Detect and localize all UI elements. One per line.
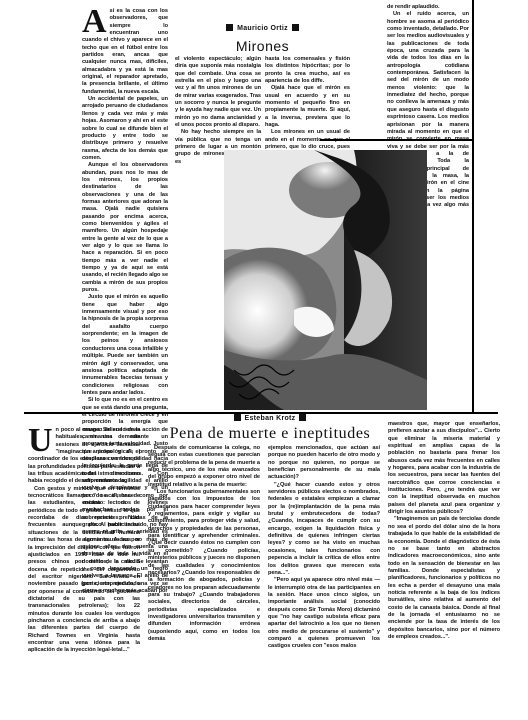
byline-square-icon bbox=[292, 24, 299, 31]
article2-column-4: maestros que, mayor que enseñarlos, pref… bbox=[388, 421, 500, 641]
article2-paragraph: "Pero aquí ya aparece otro nivel más —le… bbox=[268, 577, 380, 650]
article2-paragraph: Con gestos y mímica que en términos tecn… bbox=[28, 486, 140, 655]
article2-author: Esteban Krotz bbox=[245, 415, 296, 422]
article1-paragraph: Ojalá hace que el mirón es usual en acue… bbox=[265, 85, 350, 129]
article1-paragraph: Justo que el mirón es aquello tiene que … bbox=[82, 294, 168, 397]
couple-photo-image bbox=[224, 150, 427, 410]
article2-column-3: ejemplos mencionados, que actúan así por… bbox=[268, 445, 380, 651]
article2-paragraph: "¿Qué hacer cuando estos y otros servido… bbox=[268, 482, 380, 577]
article2-paragraph: Después de comunicarse la colega, no seg… bbox=[148, 445, 260, 489]
article1-paragraph: Aunque el los observadores abundan, pues… bbox=[82, 162, 168, 294]
article2-paragraph: ejemplos mencionados, que actúan así por… bbox=[268, 445, 380, 482]
byline-square-icon bbox=[234, 414, 241, 421]
article2-column-2: Después de comunicarse la colega, no seg… bbox=[148, 445, 260, 643]
article2-dropcap: U bbox=[28, 428, 53, 454]
article1-rule-under-col4 bbox=[320, 139, 473, 141]
article1-paragraph: Así es la cosa con los observadores, que… bbox=[82, 8, 168, 96]
article2-title: Pena de muerte e ineptitudes bbox=[150, 425, 390, 443]
article1-paragraph: el violento espectáculo; algún diría que… bbox=[175, 56, 261, 129]
article1-byline: Mauricio Ortiz bbox=[175, 24, 350, 32]
byline-square-icon bbox=[299, 414, 306, 421]
article2-column-1: Un poco al margen de sus temas habituale… bbox=[28, 427, 140, 655]
article1-paragraph: Un accidental de papeles, un arrojado pe… bbox=[82, 96, 168, 162]
article1-right-border bbox=[472, 0, 474, 412]
byline-square-icon bbox=[226, 24, 233, 31]
article1-title: Mirones bbox=[175, 38, 350, 54]
article2-byline: Esteban Krotz bbox=[150, 414, 390, 422]
article2-paragraph: Un poco al margen de sus temas habituale… bbox=[28, 427, 140, 486]
article1-author: Mauricio Ortiz bbox=[237, 25, 288, 32]
article1-paragraph: de rendir aplaudido. bbox=[387, 4, 469, 11]
article2-paragraph: maestros que, mayor que enseñarlos, pref… bbox=[388, 421, 500, 516]
article2-paragraph: "Los funcionarios gubernamentales son pa… bbox=[148, 489, 260, 643]
article1-photo bbox=[224, 150, 427, 410]
article2-paragraph: "Imaginemos un país de terciolas donde n… bbox=[388, 516, 500, 641]
article1-dropcap: A bbox=[82, 9, 107, 35]
article1-paragraph: hasta los comensales y fisión los distin… bbox=[265, 56, 350, 85]
